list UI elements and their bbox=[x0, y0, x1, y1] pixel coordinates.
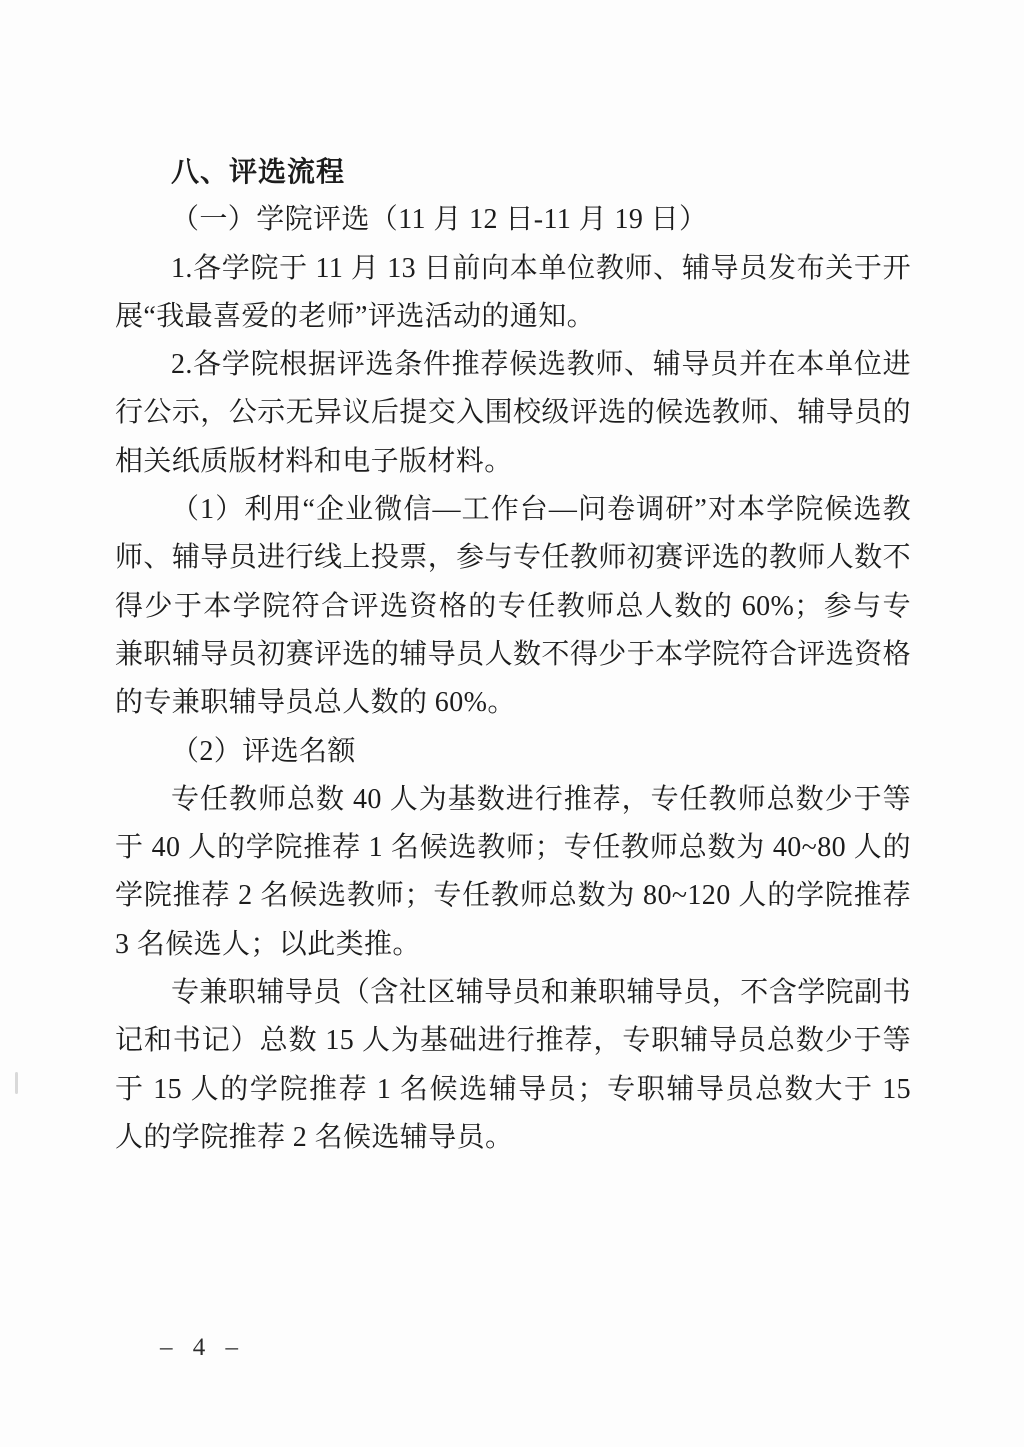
paragraph-teacher-quota-rules: 专任教师总数 40 人为基数进行推荐，专任教师总数少于等于 40 人的学院推荐 … bbox=[115, 776, 911, 969]
paragraph-item-1-notice: 1.各学院于 11 月 13 日前向本单位教师、辅导员发布关于开展“我最喜爱的老… bbox=[115, 245, 911, 342]
subsection-college-selection-dates: （一）学院评选（11 月 12 日-11 月 19 日） bbox=[115, 196, 911, 244]
section-heading-selection-process: 八、评选流程 bbox=[115, 148, 911, 196]
paragraph-sub-2-quota-heading: （2）评选名额 bbox=[115, 728, 911, 776]
document-body: 八、评选流程 （一）学院评选（11 月 12 日-11 月 19 日） 1.各学… bbox=[115, 148, 911, 1162]
scan-artifact-mark bbox=[15, 1072, 18, 1094]
paragraph-counselor-quota-rules: 专兼职辅导员（含社区辅导员和兼职辅导员，不含学院副书记和书记）总数 15 人为基… bbox=[115, 969, 911, 1162]
paragraph-sub-1-online-voting: （1）利用“企业微信—工作台—问卷调研”对本学院候选教师、辅导员进行线上投票，参… bbox=[115, 486, 911, 727]
page-number: – 4 – bbox=[160, 1334, 245, 1362]
document-page: 八、评选流程 （一）学院评选（11 月 12 日-11 月 19 日） 1.各学… bbox=[0, 0, 1024, 1447]
paragraph-item-2-recommendation: 2.各学院根据评选条件推荐候选教师、辅导员并在本单位进行公示，公示无异议后提交入… bbox=[115, 341, 911, 486]
